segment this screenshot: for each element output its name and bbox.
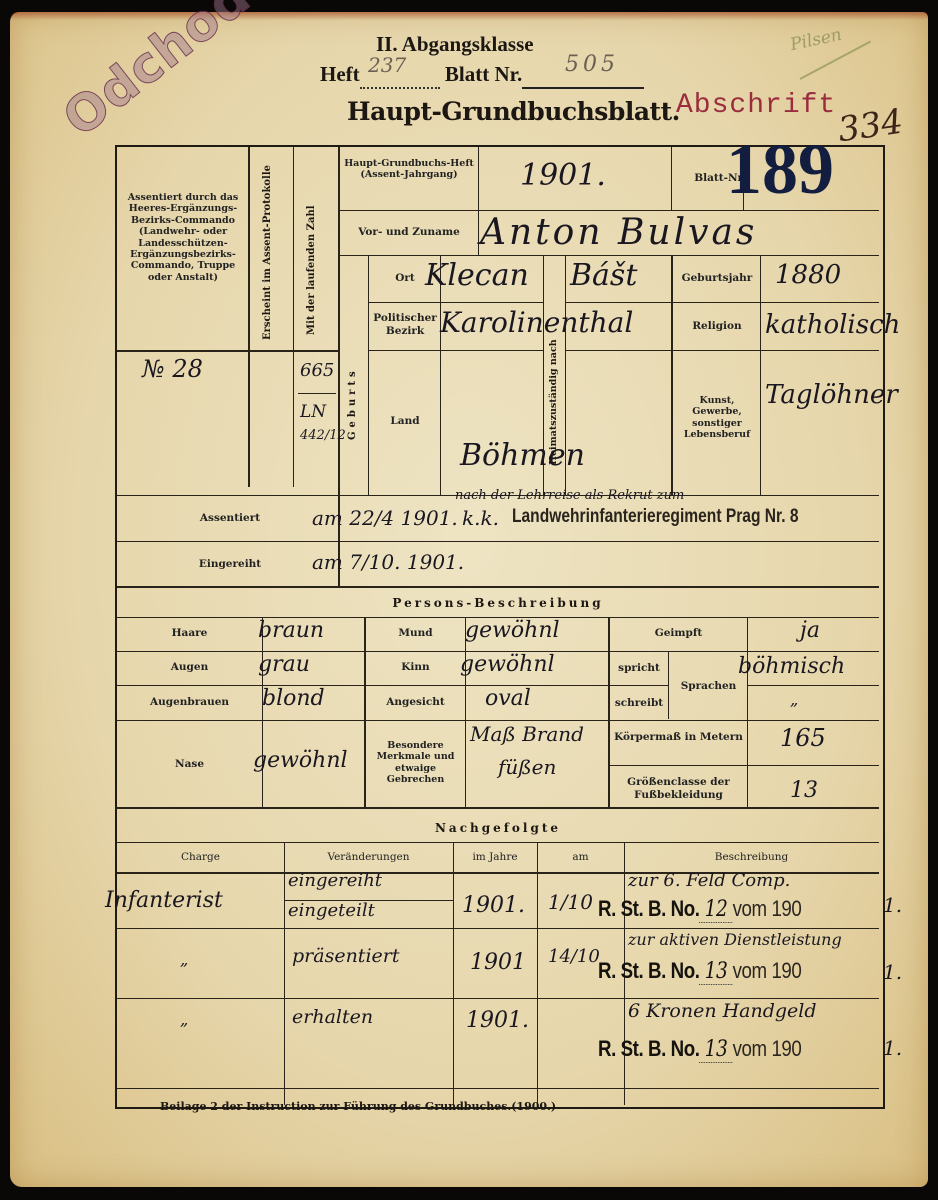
rstb-vom: vom 190	[733, 896, 802, 921]
name-label: Vor- und Zuname	[342, 226, 476, 239]
nase-label: Nase	[117, 758, 262, 771]
rstb-number: 13	[699, 959, 732, 985]
heft-label: Heft	[320, 62, 360, 86]
divider	[368, 255, 369, 495]
sprachen-label: Sprachen	[670, 680, 747, 693]
groessenclasse-label: Größenclasse der Fußbekleidung	[610, 776, 747, 801]
divider	[608, 765, 879, 766]
augenbrauen-value: blond	[262, 686, 325, 711]
divider	[338, 255, 879, 256]
row1-year-suffix: 1.	[883, 893, 902, 917]
entry-number: № 28	[142, 355, 203, 383]
divider	[248, 147, 250, 487]
footer-note: Beilage 2 der Instruction zur Führung de…	[160, 1100, 556, 1113]
divider	[747, 685, 879, 686]
koerpermass-value: 165	[780, 724, 826, 752]
blatt-label: Blatt Nr.	[445, 62, 522, 86]
religion-label: Religion	[674, 320, 760, 333]
beruf-value: Taglöhner	[765, 380, 898, 410]
geburts-label: Geburts	[347, 320, 358, 440]
divider	[671, 255, 673, 495]
rstb-vom: vom 190	[733, 1036, 802, 1061]
land-value: Böhmen	[460, 438, 585, 473]
row3-year-suffix: 1.	[883, 1036, 902, 1060]
row1-beschreibung: zur 6. Feld Comp.	[628, 870, 790, 891]
koerpermass-label: Körpermaß in Metern	[610, 731, 747, 744]
beruf-label: Kunst, Gewerbe, sonstiger Lebensberuf	[676, 395, 758, 441]
assentiert-kk: k.k.	[462, 506, 499, 530]
religion-value: katholisch	[765, 310, 900, 340]
row1-veraenderung-2: eingeteilt	[288, 900, 375, 921]
row2-rstb-stamp: R. St. B. No.13vom 190	[598, 958, 801, 984]
rstb-vom: vom 190	[733, 958, 802, 983]
row2-am: 14/10	[548, 946, 600, 967]
divider	[262, 617, 263, 807]
kinn-label: Kinn	[366, 661, 465, 674]
column-header-charge: Charge	[117, 851, 284, 864]
geburtsjahr-label: Geburtsjahr	[674, 272, 760, 285]
row3-rstb-stamp: R. St. B. No.13vom 190	[598, 1036, 801, 1062]
page-title: Haupt-Grundbuchsblatt.	[347, 97, 680, 126]
row1-jahr: 1901.	[462, 893, 525, 918]
divider	[117, 928, 879, 929]
blatt-value: 505	[565, 52, 619, 77]
row3-veraenderung: erhalten	[292, 1006, 373, 1028]
laufende-zahl-column-label: Mit der laufenden Zahl	[306, 185, 317, 335]
mund-value: gewöhnl	[465, 618, 560, 643]
regiment-stamp: Landwehrinfanterieregiment Prag Nr. 8	[512, 506, 799, 528]
rstb-prefix: R. St. B. No.	[598, 896, 699, 921]
divider	[668, 651, 669, 719]
geimpft-value: ja	[800, 618, 820, 643]
blatt-number-stamp: 189	[726, 128, 834, 211]
divider	[368, 302, 543, 303]
row3-beschreibung: 6 Kronen Handgeld	[628, 1000, 817, 1022]
divider	[117, 842, 879, 843]
spricht-label: spricht	[610, 662, 668, 675]
name-value: Anton Bulvas	[480, 212, 757, 253]
divider	[284, 842, 285, 1105]
divider	[453, 842, 454, 1105]
row2-jahr: 1901	[470, 950, 526, 975]
augen-label: Augen	[117, 661, 262, 674]
column-header-am: am	[537, 851, 624, 864]
sprachen-schreibt-value: „	[790, 690, 798, 709]
row3-charge: „	[180, 1010, 188, 1029]
divider	[565, 302, 879, 303]
divider	[117, 586, 879, 588]
nachgefolgte-title: Nachgefolgte	[117, 821, 879, 835]
angesicht-label: Angesicht	[366, 696, 465, 709]
divider	[671, 147, 672, 210]
augenbrauen-label: Augenbrauen	[117, 696, 262, 709]
eingereiht-label: Eingereiht	[150, 558, 310, 571]
row2-beschreibung: zur aktiven Dienstleistung	[628, 930, 842, 949]
haare-label: Haare	[117, 627, 262, 640]
divider	[608, 685, 668, 686]
divider	[293, 147, 294, 487]
row1-am: 1/10	[548, 890, 593, 914]
assentiert-date: am 22/4 1901.	[312, 506, 458, 530]
rstb-prefix: R. St. B. No.	[598, 958, 699, 983]
divider	[117, 1088, 879, 1089]
grundbuchs-heft-value: 1901.	[520, 158, 606, 193]
assentiert-durch-label: Assentiert durch das Heeres-Ergänzungs-B…	[122, 192, 244, 283]
schreibt-label: schreibt	[610, 697, 668, 710]
assentiert-label: Assentiert	[150, 512, 310, 525]
grundbuchs-heft-label: Haupt-Grundbuchs-Heft (Assent-Jahrgang)	[342, 158, 476, 181]
merkmale-value-1: Maß Brand	[470, 722, 584, 746]
nase-value: gewöhnl	[253, 748, 348, 773]
assentiert-note: nach der Lehrreise als Rekrut zum	[455, 488, 684, 503]
rstb-number: 12	[699, 897, 732, 923]
row2-charge: „	[180, 950, 188, 969]
row3-jahr: 1901.	[466, 1008, 529, 1033]
divider	[478, 210, 479, 255]
divider	[760, 255, 761, 495]
divider	[478, 147, 479, 210]
merkmale-label: Besondere Merkmale und etwaige Gebrechen	[366, 740, 465, 786]
entry-ln-number: 442/12	[300, 428, 346, 443]
divider	[368, 350, 543, 351]
entry-laufende-zahl: 665	[300, 360, 334, 381]
heimat-ort-value: Bášt	[570, 258, 637, 293]
divider	[117, 807, 879, 809]
haare-value: braun	[258, 618, 324, 643]
bezirk-label: Politischer Bezirk	[370, 312, 440, 337]
divider	[747, 617, 748, 807]
heft-value: 237	[368, 53, 406, 77]
entry-ln: LN	[300, 402, 326, 422]
divider	[117, 720, 879, 721]
persons-beschreibung-title: Persons-Beschreibung	[117, 596, 879, 610]
divider	[565, 350, 879, 351]
groessenclasse-value: 13	[790, 778, 818, 803]
entry-underline	[298, 393, 336, 394]
kinn-value: gewöhnl	[460, 652, 555, 677]
row2-veraenderung: präsentiert	[292, 945, 399, 967]
mund-label: Mund	[366, 627, 465, 640]
augen-value: grau	[258, 652, 310, 677]
ort-value: Klecan	[425, 258, 529, 293]
merkmale-value-2: füßen	[498, 755, 556, 779]
divider	[117, 685, 608, 686]
bezirk-value: Karolinenthal	[440, 306, 633, 339]
geburtsjahr-value: 1880	[775, 260, 841, 290]
column-header-beschreibung: Beschreibung	[624, 851, 879, 864]
divider	[465, 617, 466, 807]
protokolle-column-label: Erscheint im Assent-Protokolle	[262, 170, 273, 340]
eingereiht-date: am 7/10. 1901.	[312, 550, 464, 574]
divider	[608, 651, 879, 652]
divider	[117, 350, 339, 352]
land-label: Land	[370, 415, 440, 428]
sprachen-value: böhmisch	[738, 654, 845, 679]
column-header-veraenderungen: Veränderungen	[284, 851, 453, 864]
divider	[117, 541, 879, 542]
divider	[537, 842, 538, 1105]
row2-year-suffix: 1.	[883, 960, 902, 984]
row1-rstb-stamp: R. St. B. No.12vom 190	[598, 896, 801, 922]
abschrift-stamp: Abschrift	[676, 90, 836, 121]
row1-charge: Infanterist	[105, 888, 223, 913]
rstb-number: 13	[699, 1037, 732, 1063]
divider	[117, 998, 879, 999]
row1-veraenderung-1: eingereiht	[288, 870, 382, 891]
angesicht-value: oval	[485, 686, 531, 711]
rstb-prefix: R. St. B. No.	[598, 1036, 699, 1061]
column-header-jahr: im Jahre	[453, 851, 537, 864]
geimpft-label: Geimpft	[610, 627, 747, 640]
